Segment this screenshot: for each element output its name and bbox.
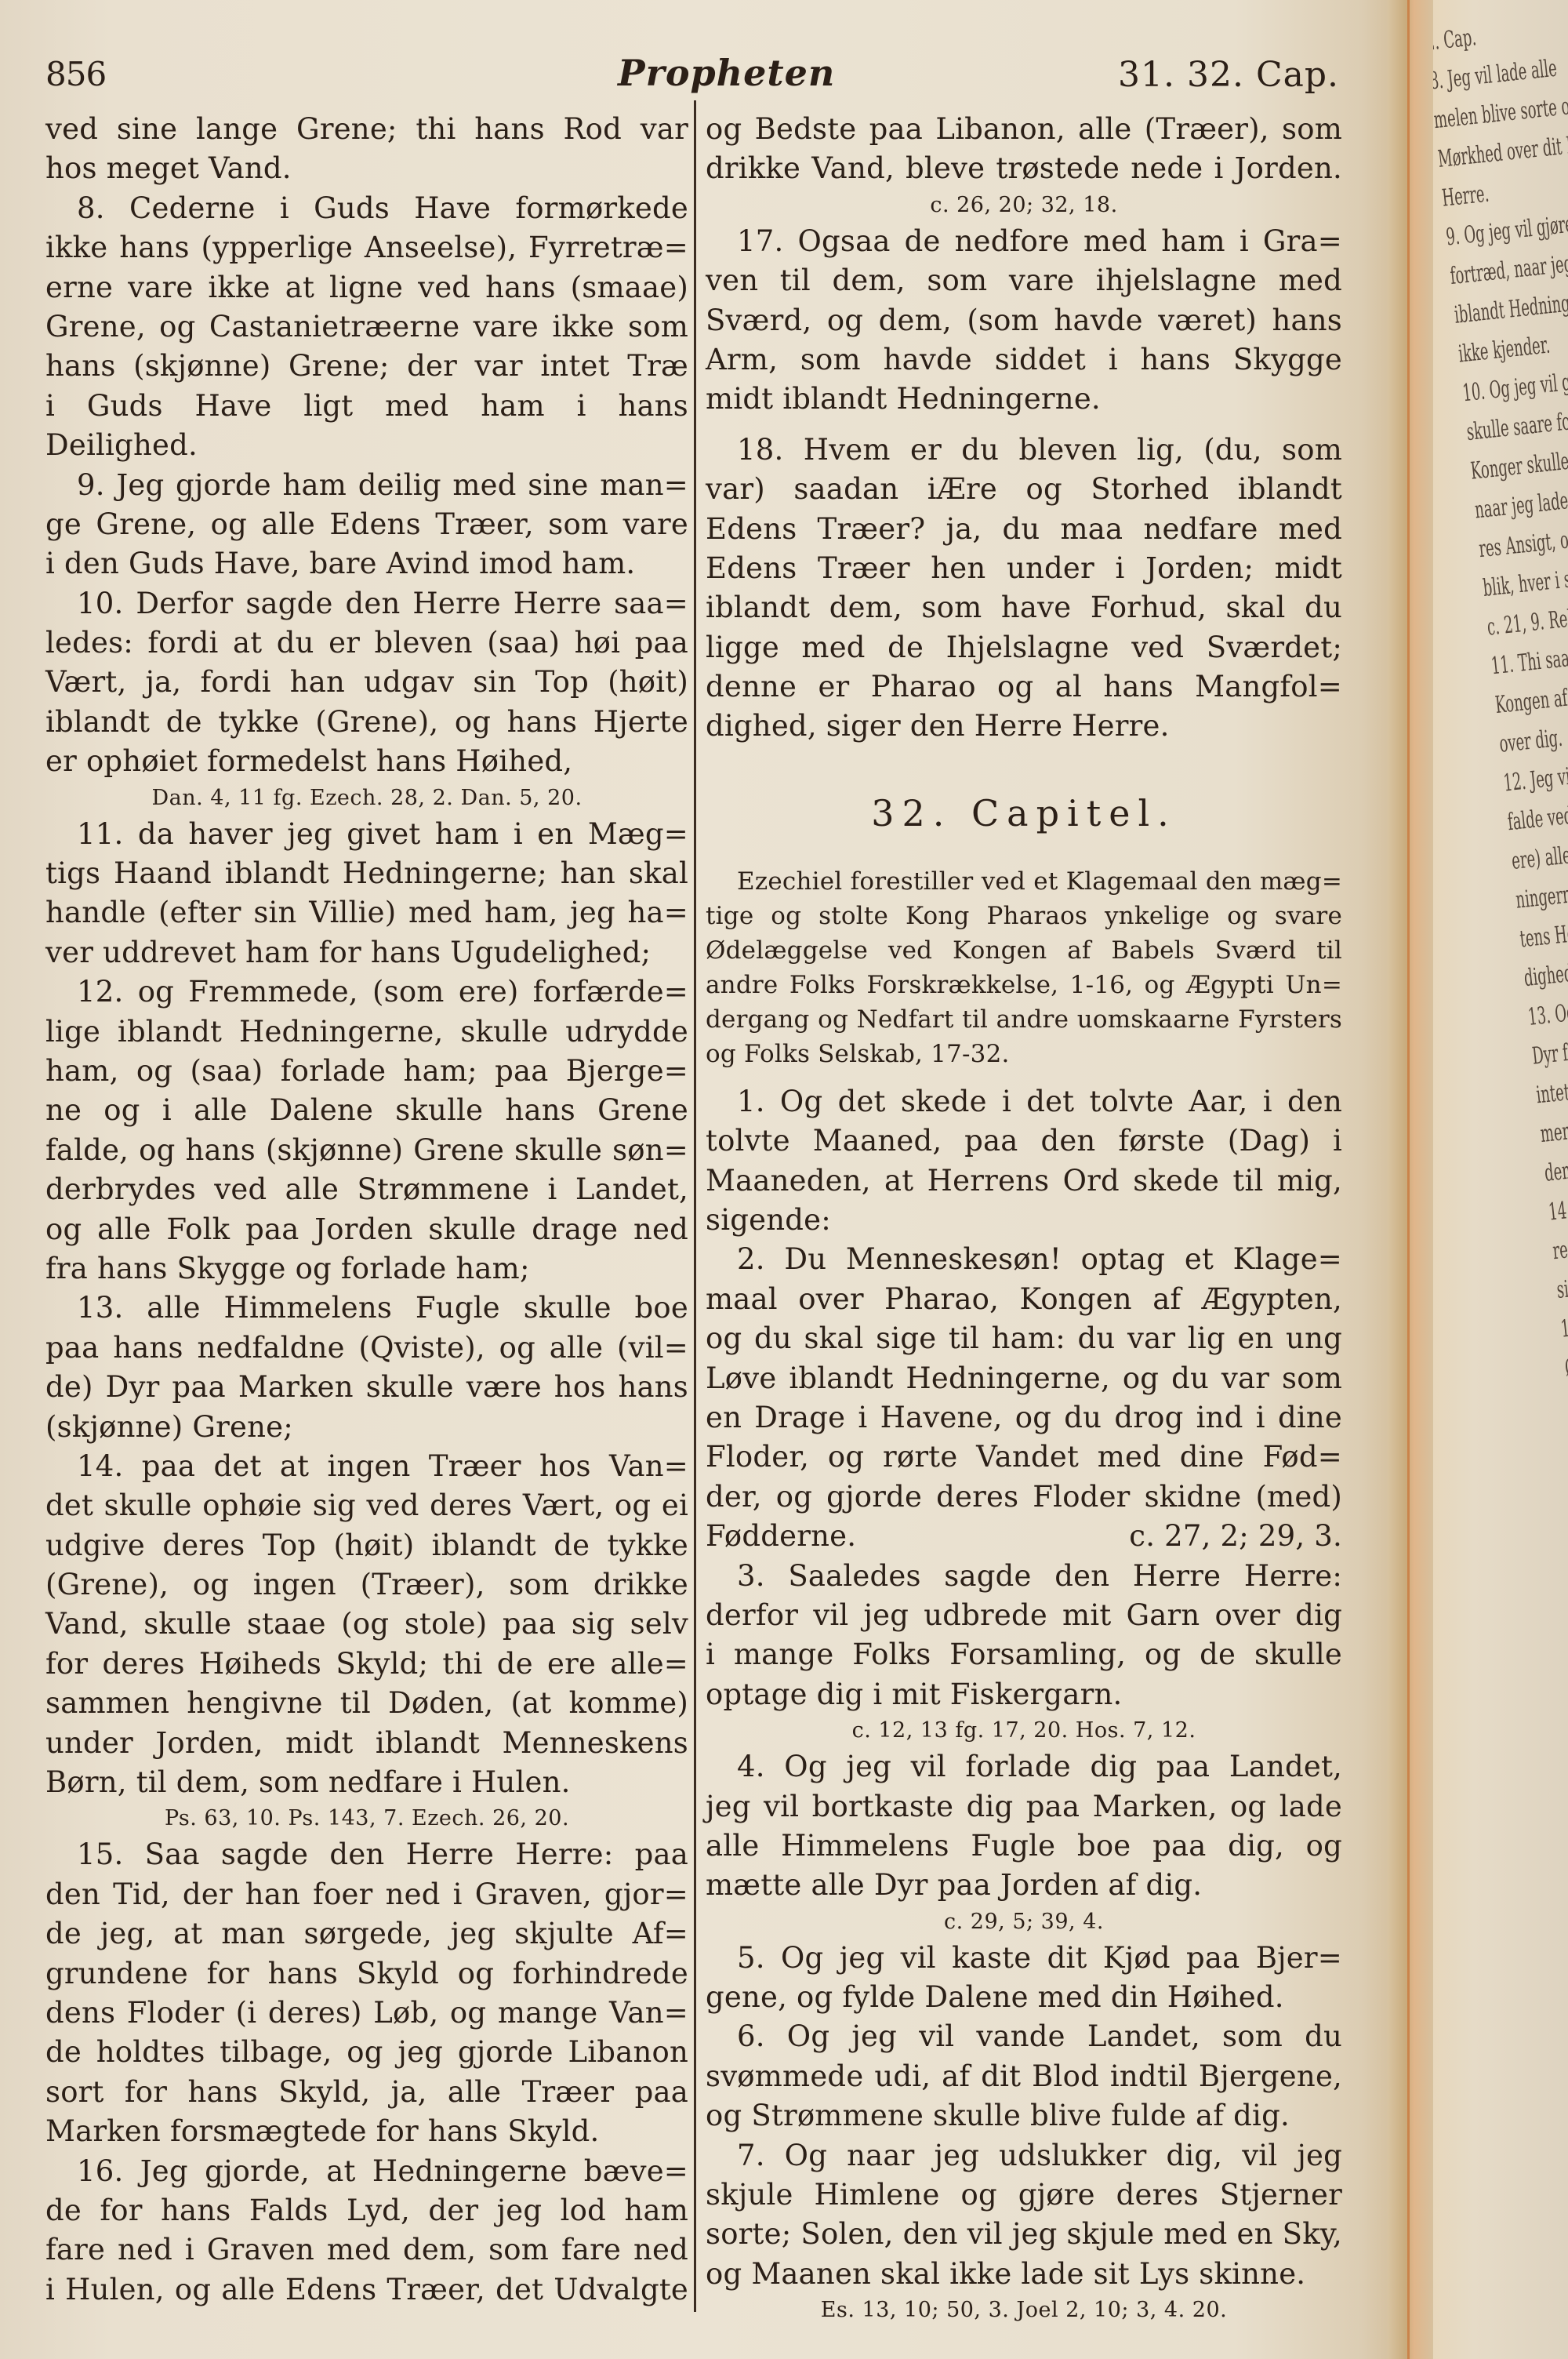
- column-divider: [694, 100, 696, 2312]
- text-line: sorte; Solen, den vil jeg skjule med en …: [706, 2215, 1342, 2254]
- text-line: erne vare ikke at ligne ved hans (smaae): [45, 268, 688, 307]
- text-line: og Folks Selskab, 17-32.: [706, 1037, 1342, 1071]
- text-line: ver uddrevet ham for hans Ugudelighed;: [45, 933, 688, 972]
- text-line: derbrydes ved alle Strømmene i Landet,: [45, 1170, 688, 1209]
- text-line: iblandt de tykke (Grene), og hans Hjerte: [45, 703, 688, 742]
- text-line: optage dig i mit Fiskergarn.: [706, 1675, 1342, 1714]
- text-line: Maaneden, at Herrens Ord skede til mig,: [706, 1161, 1342, 1201]
- text-line: alle Himmelens Fugle boe paa dig, og: [706, 1826, 1342, 1866]
- verse-start-line: 15. Saa sagde den Herre Herre: paa: [45, 1835, 688, 1874]
- right-column-verses-ch32: 1. Og det skede i det tolvte Aar, i dent…: [706, 1082, 1342, 2327]
- text-line: Floder, og rørte Vandet med dine Fød=: [706, 1438, 1342, 1477]
- book-gutter: [1388, 0, 1435, 2359]
- spacer: [706, 420, 1342, 431]
- chapter-reference: 31. 32. Cap.: [1118, 55, 1339, 95]
- verse-start-line: 12. og Fremmede, (som ere) forfærde=: [45, 972, 688, 1012]
- verse-start-line: 13. alle Himmelens Fugle skulle boe: [45, 1289, 688, 1328]
- text-line: skjule Himlene og gjøre deres Stjerner: [706, 2175, 1342, 2215]
- verse-start-line: 7. Og naar jeg udslukker dig, vil jeg: [706, 2136, 1342, 2175]
- text-line: ge Grene, og alle Edens Træer, som vare: [45, 505, 688, 544]
- spacer: [706, 1071, 1342, 1082]
- text-line: og alle Folk paa Jorden skulle drage ned: [45, 1210, 688, 1249]
- text-line: Grene, og Castanietræerne vare ikke som: [45, 307, 688, 347]
- text-line: der, og gjorde deres Floder skidne (med): [706, 1478, 1342, 1517]
- text-line-with-reference: Fødderne.c. 27, 2; 29, 3.: [706, 1517, 1342, 1556]
- cross-reference: Ps. 63, 10. Ps. 143, 7. Ezech. 26, 20.: [45, 1802, 688, 1835]
- text-line: tolvte Maaned, paa den første (Dag) i: [706, 1121, 1342, 1161]
- text-line: under Jorden, midt iblandt Menneskens: [45, 1724, 688, 1763]
- text-line: lige iblandt Hedningerne, skulle udrydde: [45, 1012, 688, 1052]
- text-line: midt iblandt Hedningerne.: [706, 380, 1342, 419]
- text-line: Arm, som havde siddet i hans Skygge: [706, 340, 1342, 380]
- text-line: handle (efter sin Villie) med ham, jeg h…: [45, 893, 688, 932]
- text-line: ham, og (saa) forlade ham; paa Bjerge=: [45, 1052, 688, 1091]
- verse-start-line: 4. Og jeg vil forlade dig paa Landet,: [706, 1747, 1342, 1787]
- text-line: (skjønne) Grene;: [45, 1408, 688, 1447]
- text-line: paa hans nedfaldne (Qviste), og alle (vi…: [45, 1329, 688, 1368]
- text-line: de) Dyr paa Marken skulle være hos hans: [45, 1368, 688, 1407]
- text-line: hos meget Vand.: [45, 149, 688, 188]
- verse-start-line: 9. Jeg gjorde ham deilig med sine man=: [45, 466, 688, 505]
- text-line: er ophøiet formedelst hans Høihed,: [45, 742, 688, 781]
- right-column-verses-ch31: og Bedste paa Libanon, alle (Træer), som…: [706, 110, 1342, 747]
- page-number: 856: [45, 55, 106, 93]
- text-line: og du skal sige til ham: du var lig en u…: [706, 1319, 1342, 1358]
- verse-start-line: 1. Og det skede i det tolvte Aar, i den: [706, 1082, 1342, 1121]
- text-line: mætte alle Dyr paa Jorden af dig.: [706, 1866, 1342, 1905]
- verse-start-line: 8. Cederne i Guds Have formørkede: [45, 189, 688, 228]
- text-line: de for hans Falds Lyd, der jeg lod ham: [45, 2191, 688, 2230]
- text-line: svømmede udi, af dit Blod indtil Bjergen…: [706, 2057, 1342, 2096]
- cross-reference: c. 12, 13 fg. 17, 20. Hos. 7, 12.: [706, 1714, 1342, 1747]
- text-line: den Tid, der han foer ned i Graven, gjor…: [45, 1875, 688, 1914]
- text-line: Vært, ja, fordi han udgav sin Top (høit): [45, 663, 688, 702]
- text-line: gene, og fylde Dalene med din Høihed.: [706, 1978, 1342, 2017]
- text-line: falde, og hans (skjønne) Grene skulle sø…: [45, 1131, 688, 1170]
- text-line: sammen hengivne til Døden, (at komme): [45, 1684, 688, 1723]
- text-line: i mange Folks Forsamling, og de skulle: [706, 1635, 1342, 1674]
- text-line: Løve iblandt Hedningerne, og du var som: [706, 1359, 1342, 1398]
- verse-start-line: 2. Du Menneskesøn! optag et Klage=: [706, 1240, 1342, 1279]
- text-line: Sværd, og dem, (som havde været) hans: [706, 301, 1342, 340]
- text-line: og Maanen skal ikke lade sit Lys skinne.: [706, 2255, 1342, 2294]
- text-line: i Hulen, og alle Edens Træer, det Udvalg…: [45, 2270, 688, 2310]
- text-line: Marken forsmægtede for hans Skyld.: [45, 2112, 688, 2151]
- verse-start-line: 3. Saaledes sagde den Herre Herre:: [706, 1557, 1342, 1596]
- text-line: var) saadan iÆre og Storhed iblandt: [706, 470, 1342, 509]
- text-line: ven til dem, som vare ihjelslagne med: [706, 261, 1342, 300]
- text-line: sigende:: [706, 1201, 1342, 1240]
- verse-start-line: 5. Og jeg vil kaste dit Kjød paa Bjer=: [706, 1939, 1342, 1978]
- verse-start-line: 6. Og jeg vil vande Landet, som du: [706, 2017, 1342, 2056]
- chapter-heading: 32. Capitel.: [706, 762, 1342, 864]
- text-line: fra hans Skygge og forlade ham;: [45, 1249, 688, 1289]
- text-line: fare ned i Graven med dem, som fare ned: [45, 2230, 688, 2270]
- verse-start-line: 11. da haver jeg givet ham i en Mæg=: [45, 815, 688, 854]
- right-column: og Bedste paa Libanon, alle (Træer), som…: [706, 110, 1342, 2327]
- text-line: andre Folks Forskrækkelse, 1-16, og Ægyp…: [706, 968, 1342, 1002]
- text-line: det skulle ophøie sig ved deres Vært, og…: [45, 1486, 688, 1525]
- text-line: ledes: fordi at du er bleven (saa) høi p…: [45, 623, 688, 663]
- text-line: sort for hans Skyld, ja, alle Træer paa: [45, 2073, 688, 2112]
- cross-reference: c. 27, 2; 29, 3.: [1129, 1517, 1342, 1556]
- facing-page-edge: 2. Cap.8. Jeg vil lade allemelen blive s…: [1433, 0, 1568, 2359]
- text-line: Vand, skulle staae (og stole) paa sig se…: [45, 1605, 688, 1644]
- cross-reference: c. 29, 5; 39, 4.: [706, 1906, 1342, 1939]
- running-title: Propheten: [618, 52, 835, 94]
- text-line: (Grene), og ingen (Træer), som drikke: [45, 1565, 688, 1605]
- text-line: i den Guds Have, bare Avind imod ham.: [45, 544, 688, 583]
- text-line: Børn, til dem, som nedfare i Hulen.: [45, 1763, 688, 1802]
- text-line: dens Floder (i deres) Løb, og mange Van=: [45, 1994, 688, 2033]
- cross-reference: Es. 13, 10; 50, 3. Joel 2, 10; 3, 4. 20.: [706, 2294, 1342, 2327]
- text-line: iblandt dem, som have Forhud, skal du: [706, 588, 1342, 627]
- text-line: denne er Pharao og al hans Mangfol=: [706, 667, 1342, 707]
- text-line: udgive deres Top (høit) iblandt de tykke: [45, 1526, 688, 1565]
- text-line: Edens Træer? ja, du maa nedfare med: [706, 510, 1342, 549]
- page-header: 856 Propheten 31. 32. Cap.: [45, 41, 1339, 104]
- verse-start-line: 14. paa det at ingen Træer hos Van=: [45, 1447, 688, 1486]
- gutter-stain: [1407, 0, 1410, 2359]
- text-line: ikke hans (ypperlige Anseelse), Fyrretræ…: [45, 228, 688, 267]
- text-line: en Drage i Havene, og du drog ind i dine: [706, 1398, 1342, 1438]
- text-line: jeg vil bortkaste dig paa Marken, og lad…: [706, 1787, 1342, 1826]
- text-line: drikke Vand, bleve trøstede nede i Jorde…: [706, 149, 1342, 188]
- text-line: dergang og Nedfart til andre uomskaarne …: [706, 1002, 1342, 1037]
- facing-page-text: 2. Cap.8. Jeg vil lade allemelen blive s…: [1433, 0, 1568, 2208]
- text-line: og Bedste paa Libanon, alle (Træer), som: [706, 110, 1342, 149]
- text-line: for deres Høiheds Skyld; thi de ere alle…: [45, 1645, 688, 1684]
- cross-reference: Dan. 4, 11 fg. Ezech. 28, 2. Dan. 5, 20.: [45, 782, 688, 815]
- text-line: maal over Pharao, Kongen af Ægypten,: [706, 1280, 1342, 1319]
- verse-start-line: 10. Derfor sagde den Herre Herre saa=: [45, 584, 688, 623]
- text-line: ne og i alle Dalene skulle hans Grene: [45, 1091, 688, 1130]
- text-line: dighed, siger den Herre Herre.: [706, 707, 1342, 746]
- text-line: derfor vil jeg udbrede mit Garn over dig: [706, 1596, 1342, 1635]
- text-line: og Strømmene skulle blive fulde af dig.: [706, 2096, 1342, 2135]
- text-line: i Guds Have ligt med ham i hans: [45, 387, 688, 426]
- verse-start-line: 17. Ogsaa de nedfore med ham i Gra=: [706, 222, 1342, 261]
- text-line: ved sine lange Grene; thi hans Rod var: [45, 110, 688, 149]
- text-line: Edens Træer hen under i Jorden; midt: [706, 549, 1342, 588]
- text-line: Deilighed.: [45, 426, 688, 465]
- text-line: Fødderne.: [706, 1517, 856, 1556]
- text-line: grundene for hans Skyld og forhindrede: [45, 1954, 688, 1994]
- verse-start-line: 16. Jeg gjorde, at Hedningerne bæve=: [45, 2152, 688, 2191]
- text-line: hans (skjønne) Grene; der var intet Træ: [45, 347, 688, 386]
- cross-reference: c. 26, 20; 32, 18.: [706, 189, 1342, 222]
- left-column: ved sine lange Grene; thi hans Rod varho…: [45, 110, 688, 2310]
- text-line: de holdtes tilbage, og jeg gjorde Libano…: [45, 2033, 688, 2072]
- text-line: tige og stolte Kong Pharaos ynkelige og …: [706, 899, 1342, 933]
- verse-start-line: 18. Hvem er du bleven lig, (du, som: [706, 431, 1342, 470]
- verse-start-line: Ezechiel forestiller ved et Klagemaal de…: [706, 864, 1342, 899]
- text-line: Ødelæggelse ved Kongen af Babels Sværd t…: [706, 933, 1342, 968]
- text-line: ligge med de Ihjelslagne ved Sværdet;: [706, 628, 1342, 667]
- chapter-summary: Ezechiel forestiller ved et Klagemaal de…: [706, 864, 1342, 1071]
- text-line: tigs Haand iblandt Hedningerne; han skal: [45, 854, 688, 893]
- text-line: de jeg, at man sørgede, jeg skjulte Af=: [45, 1914, 688, 1954]
